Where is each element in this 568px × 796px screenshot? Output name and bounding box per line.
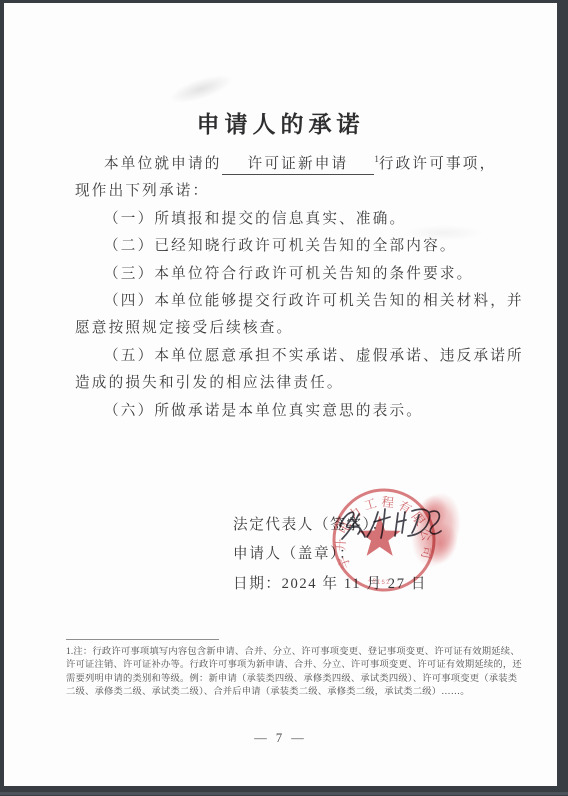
page-title: 申请人的承诺: [4, 106, 557, 139]
page-number: — 7 —: [4, 731, 557, 746]
commitment-line-3: （三）本单位符合行政许可机关告知的条件要求。: [75, 261, 515, 288]
commitment-line-5-wrap: 造成的损失和引发的相应法律责任。: [75, 370, 515, 397]
scanner-edge-strip: [0, 792, 568, 795]
footnote-line-1: 1.注：行政许可事项填写内容包含新申请、合并、分立、许可事项变更、登记事项变更、…: [66, 646, 509, 659]
legal-rep-signature: [334, 502, 446, 546]
seal-serial-digits: 18152: [367, 577, 392, 586]
commitment-line-4: （四）本单位能够提交行政许可机关告知的相关材料，并: [75, 288, 515, 315]
footnote-line-3: 需要列明申请的类别和等级。例：新申请（承装类四级、承修类四级、承试类四级）、许可…: [66, 673, 509, 686]
intro-prefix: 本单位就申请的: [104, 156, 222, 172]
svg-text:18152: 18152: [367, 577, 392, 586]
license-type-blank: 许可证新申请: [222, 154, 375, 175]
footnote-divider: [66, 639, 219, 640]
intro-line-2: 现作出下列承诺：: [75, 178, 515, 205]
footnote-reference: 1: [374, 154, 379, 164]
document-page: 申请人的承诺 本单位就申请的许可证新申请1行政许可事项， 现作出下列承诺： （一…: [4, 3, 557, 786]
commitment-line-5: （五）本单位愿意承担不实承诺、虚假承诺、违反承诺所: [75, 343, 515, 370]
intro-suffix: 行政许可事项，: [379, 156, 497, 172]
commitment-line-2: （二）已经知晓行政许可机关告知的全部内容。: [75, 233, 515, 260]
commitment-body: 本单位就申请的许可证新申请1行政许可事项， 现作出下列承诺： （一）所填报和提交…: [4, 151, 557, 425]
footnote-line-4: 二级、承修类二级、承试类二级）、合并后申请（承装类二级、承修类二级，承试类二级）…: [66, 686, 509, 699]
scan-smudge: [167, 69, 236, 108]
footnote-line-2: 许可证注销、许可证补办等。行政许可事项为新申请、合并、分立、许可事项变更、许可证…: [66, 659, 509, 672]
commitment-line-6: （六）所做承诺是本单位真实意思的表示。: [75, 398, 515, 425]
commitment-line-4-wrap: 愿意按照规定接受后续核查。: [75, 315, 515, 342]
intro-line: 本单位就申请的许可证新申请1行政许可事项，: [75, 151, 515, 178]
scanned-document-viewport: { "page": { "title": "申请人的承诺", "page_num…: [0, 0, 568, 796]
footnote-block: 1.注：行政许可事项填写内容包含新申请、合并、分立、许可事项变更、登记事项变更、…: [66, 639, 509, 699]
commitment-line-1: （一）所填报和提交的信息真实、准确。: [75, 206, 515, 233]
